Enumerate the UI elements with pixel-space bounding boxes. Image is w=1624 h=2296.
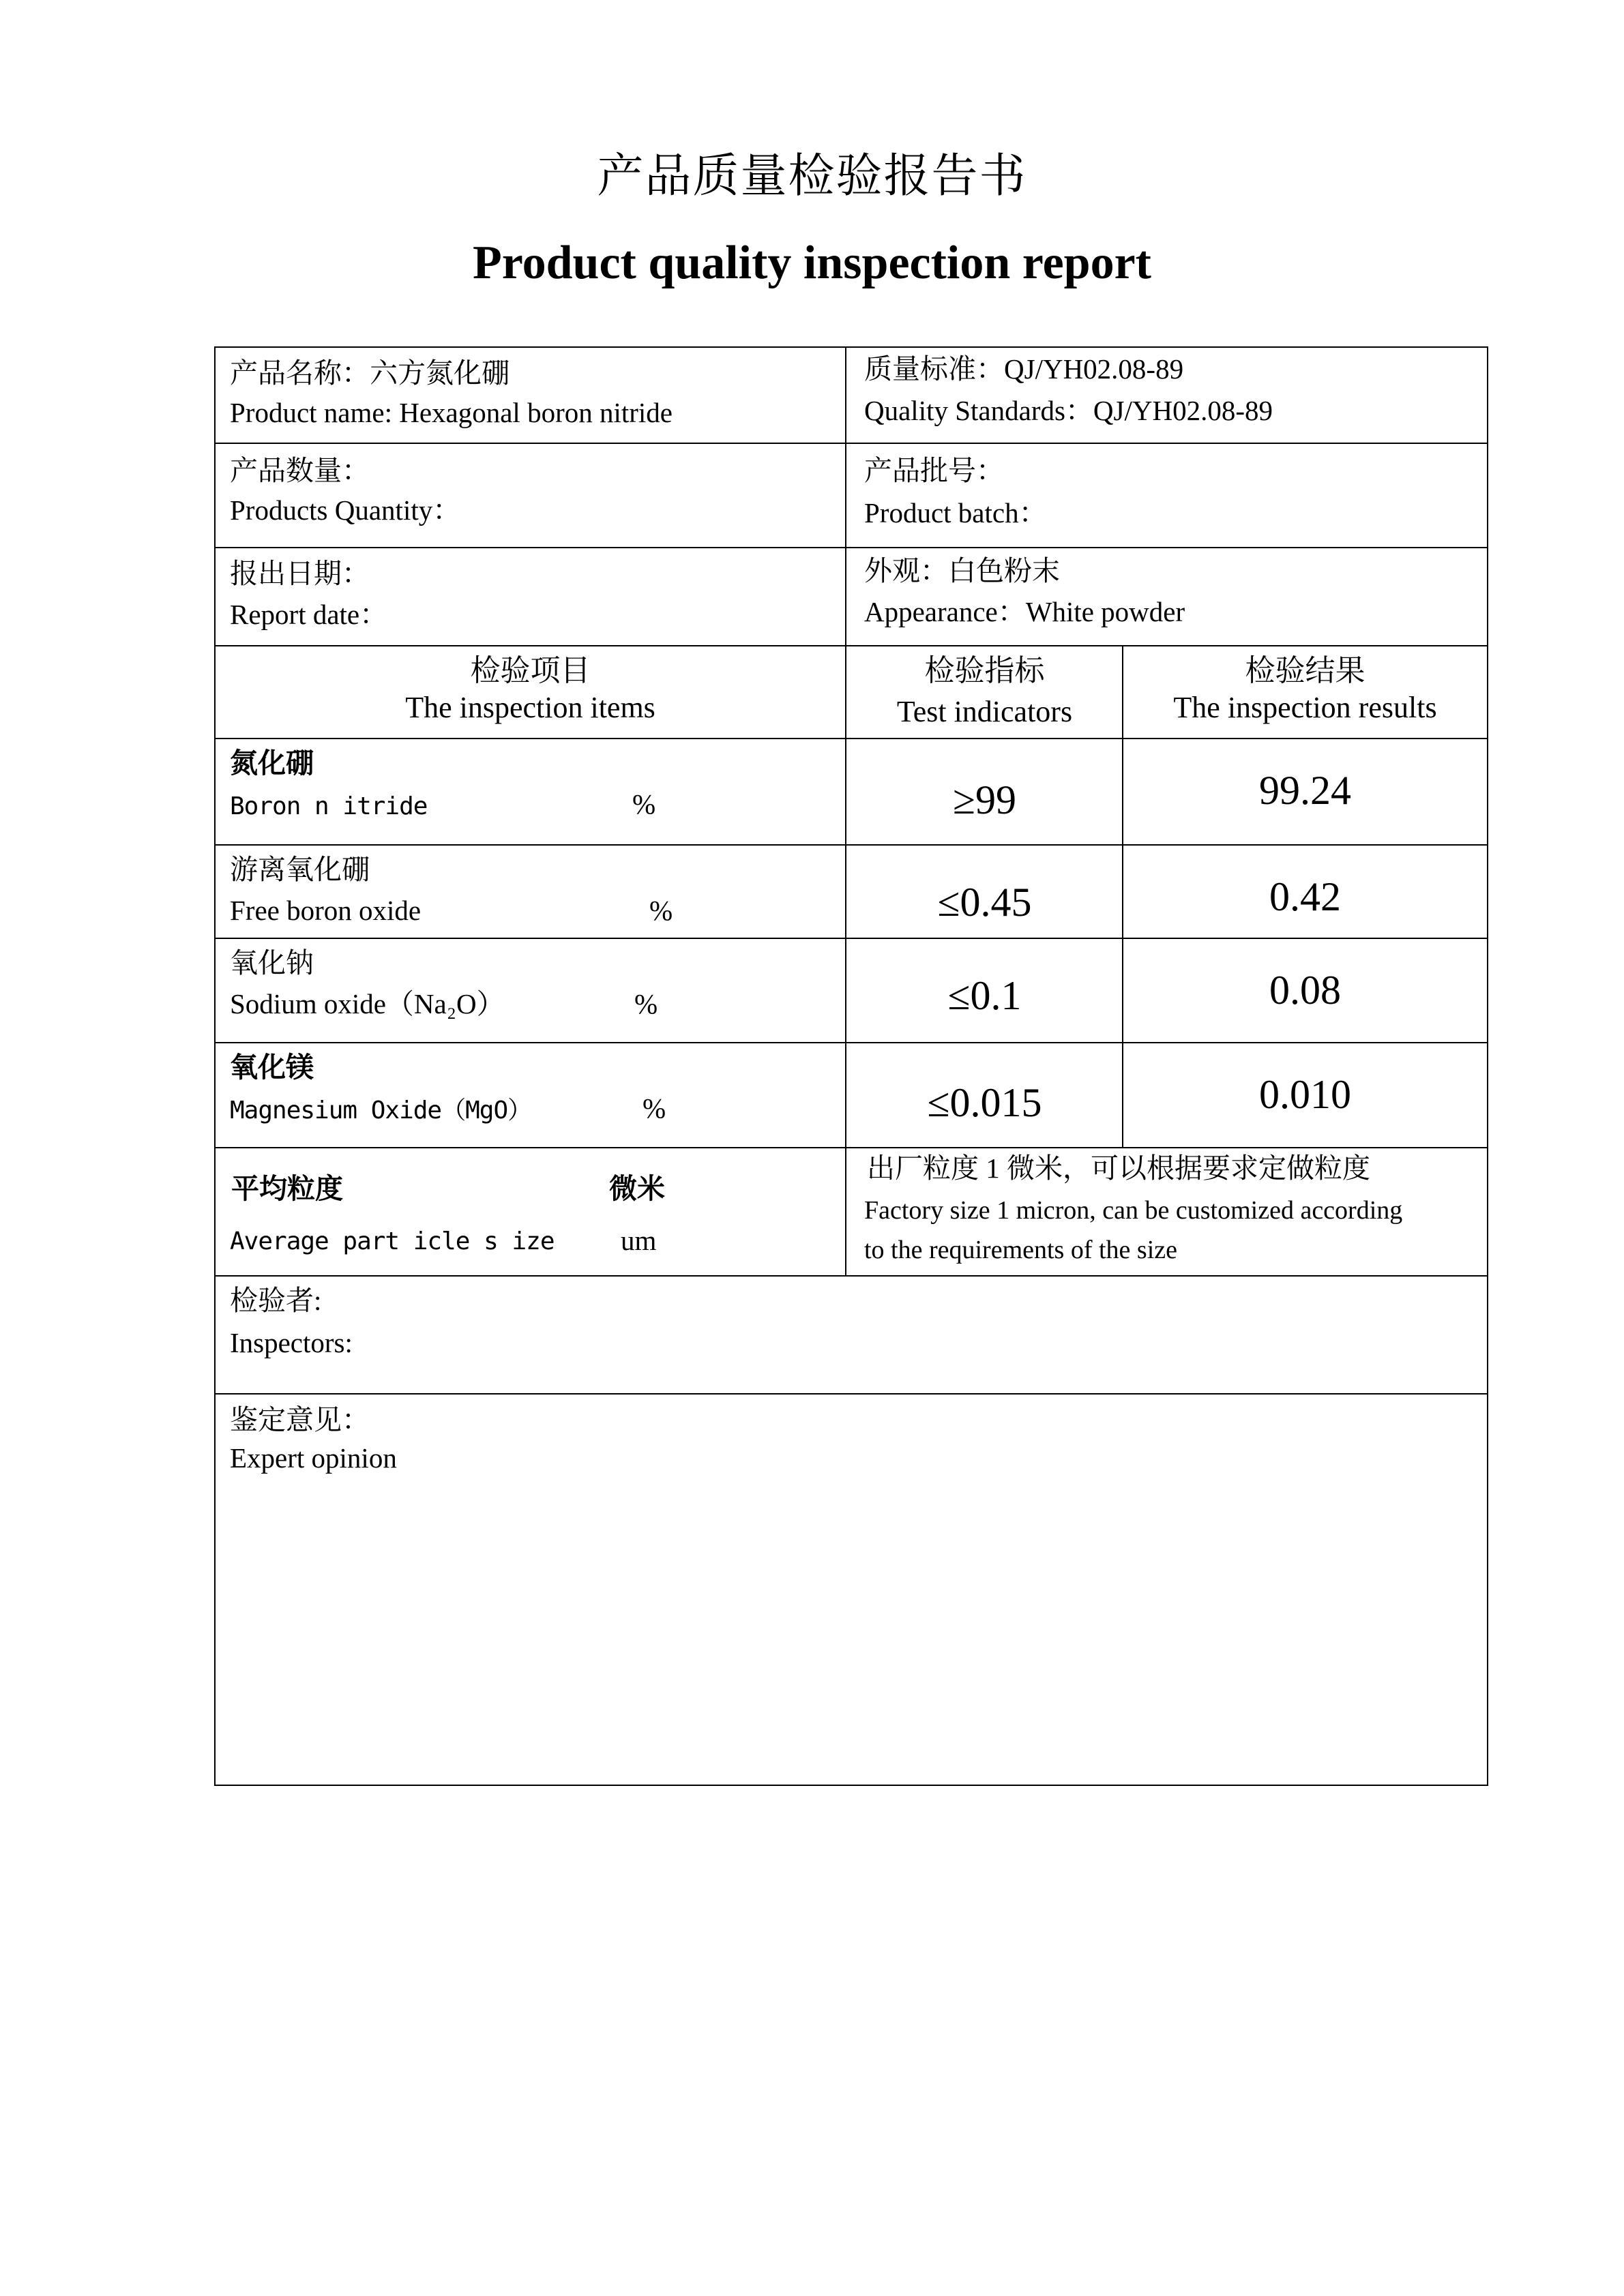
particle-size-cell: 平均粒度 微米 Average part icle s ize um [214, 1147, 846, 1277]
table-row: 游离氧化硼Free boron oxide% [214, 844, 846, 939]
expert-opinion-en: Expert opinion [230, 1438, 397, 1478]
inspection-result-value: 99.24 [1123, 766, 1487, 814]
report-date-cell: 报出日期： Report date： [214, 547, 846, 646]
inspection-result-value: 0.010 [1123, 1071, 1487, 1118]
item-unit: % [643, 1088, 666, 1128]
particle-size-note-cell: 出厂粒度 1 微米，可以根据要求定做粒度 Factory size 1 micr… [845, 1147, 1488, 1277]
particle-size-cn: 平均粒度 [231, 1169, 343, 1208]
item-name-cn: 游离氧化硼 [230, 850, 370, 889]
item-name-cn: 氮化硼 [230, 743, 314, 783]
item-name-en: Free boron oxide [230, 891, 421, 930]
header-indicators-cell: 检验指标 Test indicators [845, 645, 1123, 739]
header-items-cell: 检验项目 The inspection items [214, 645, 846, 739]
report-title-en: Product quality inspection report [0, 236, 1624, 290]
item-name-en: Magnesium Oxide（MgO） [230, 1091, 531, 1131]
table-row: 氧化钠Sodium oxide（Na₂O）% [214, 938, 846, 1043]
item-name-cn: 氧化镁 [230, 1047, 314, 1087]
table-row: 氮化硼Boron n itride% [214, 738, 846, 846]
result-cell: 0.42 [1122, 844, 1488, 939]
inspectors-cell: 检验者: Inspectors: [214, 1275, 1488, 1395]
result-cell: 99.24 [1122, 738, 1488, 846]
indicator-cell: ≤0.45 [845, 844, 1123, 939]
particle-size-unit-en: um [621, 1221, 656, 1260]
inspection-result-value: 0.42 [1123, 873, 1487, 921]
quantity-en: Products Quantity： [230, 490, 460, 530]
report-title-cn: 产品质量检验报告书 [0, 149, 1624, 203]
particle-size-unit-cn: 微米 [609, 1169, 665, 1208]
appearance-cn: 外观：白色粉末 [864, 551, 1060, 591]
test-indicator-value: ≤0.45 [846, 878, 1123, 926]
appearance-en: Appearance：White powder [864, 592, 1185, 631]
test-indicator-value: ≤0.1 [846, 972, 1123, 1019]
expert-opinion-cell: 鉴定意见： Expert opinion [214, 1393, 1488, 1786]
item-unit: % [649, 891, 673, 930]
header-indicators-en: Test indicators [846, 691, 1123, 732]
report-date-cn: 报出日期： [230, 554, 370, 593]
product-name-cn: 产品名称：六方氮化硼 [230, 353, 510, 393]
test-indicator-value: ≥99 [846, 776, 1123, 824]
header-results-cell: 检验结果 The inspection results [1122, 645, 1488, 739]
particle-size-note-en-1: Factory size 1 micron, can be customized… [864, 1191, 1402, 1230]
quality-standard-cn: 质量标准：QJ/YH02.08-89 [864, 349, 1183, 389]
header-results-cn: 检验结果 [1123, 651, 1487, 691]
product-name-cell: 产品名称：六方氮化硼 Product name: Hexagonal boron… [214, 346, 846, 444]
appearance-cell: 外观：白色粉末 Appearance：White powder [845, 547, 1488, 646]
quality-standard-cell: 质量标准：QJ/YH02.08-89 Quality Standards：QJ/… [845, 346, 1488, 444]
inspectors-cn: 检验者: [230, 1281, 321, 1320]
item-unit: % [632, 784, 655, 824]
header-indicators-cn: 检验指标 [846, 651, 1123, 691]
batch-cell: 产品批号： Product batch： [845, 443, 1488, 548]
expert-opinion-cn: 鉴定意见： [230, 1400, 370, 1440]
item-name-en: Boron n itride [230, 787, 427, 826]
quantity-cell: 产品数量： Products Quantity： [214, 443, 846, 548]
result-cell: 0.010 [1122, 1042, 1488, 1148]
item-name-cn: 氧化钠 [230, 943, 314, 983]
test-indicator-value: ≤0.015 [846, 1079, 1123, 1127]
product-name-en: Product name: Hexagonal boron nitride [230, 393, 673, 432]
quantity-cn: 产品数量： [230, 451, 370, 490]
result-cell: 0.08 [1122, 938, 1488, 1043]
indicator-cell: ≤0.1 [845, 938, 1123, 1043]
header-items-cn: 检验项目 [216, 651, 845, 691]
header-results-en: The inspection results [1123, 687, 1487, 728]
particle-size-en: Average part icle s ize [230, 1222, 555, 1262]
indicator-cell: ≤0.015 [845, 1042, 1123, 1148]
inspectors-en: Inspectors: [230, 1323, 353, 1362]
report-date-en: Report date： [230, 595, 387, 634]
batch-en: Product batch： [864, 493, 1047, 533]
quality-standard-en: Quality Standards：QJ/YH02.08-89 [864, 391, 1273, 430]
header-items-en: The inspection items [216, 687, 845, 728]
particle-size-note-en-2: to the requirements of the size [864, 1230, 1177, 1270]
item-unit: % [634, 984, 658, 1024]
particle-size-note-cn: 出厂粒度 1 微米，可以根据要求定做粒度 [867, 1148, 1370, 1188]
table-row: 氧化镁Magnesium Oxide（MgO）% [214, 1042, 846, 1148]
batch-cn: 产品批号： [864, 451, 1004, 490]
inspection-result-value: 0.08 [1123, 966, 1487, 1014]
indicator-cell: ≥99 [845, 738, 1123, 846]
item-name-en: Sodium oxide（Na₂O） [230, 984, 505, 1024]
